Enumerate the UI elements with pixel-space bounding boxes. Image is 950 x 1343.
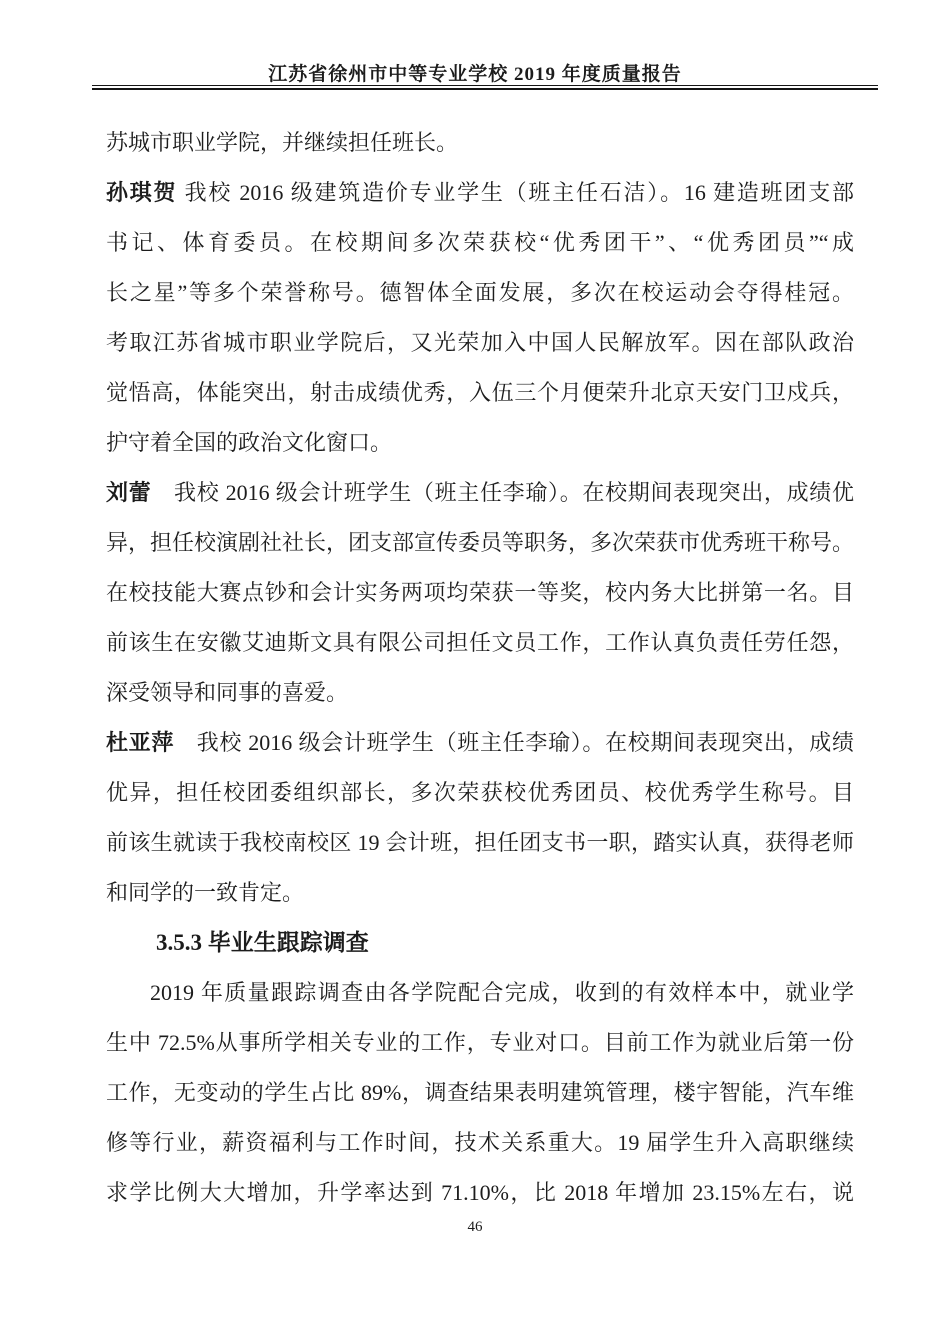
text-line: 求学比例大大增加，升学率达到 71.10%，比 2018 年增加 23.15%左… — [106, 1168, 854, 1218]
text-line: 前该生在安徽艾迪斯文具有限公司担任文员工作，工作认真负责任劳任怨， — [106, 618, 854, 668]
text-line: 2019 年质量跟踪调查由各学院配合完成，收到的有效样本中，就业学 — [106, 968, 854, 1018]
text-line: 深受领导和同事的喜爱。 — [106, 668, 854, 718]
text-line: 在校技能大赛点钞和会计实务两项均荣获一等奖，校内务大比拼第一名。目 — [106, 568, 854, 618]
text-line: 护守着全国的政治文化窗口。 — [106, 418, 854, 468]
student-name: 孙琪贺 — [106, 180, 177, 205]
text-line: 修等行业，薪资福利与工作时间，技术关系重大。19 届学生升入高职继续 — [106, 1118, 854, 1168]
text-line: 孙琪贺 我校 2016 级建筑造价专业学生（班主任石洁）。16 建造班团支部 — [106, 168, 854, 218]
text-line: 长之星”等多个荣誉称号。德智体全面发展，多次在校运动会夺得桂冠。 — [106, 268, 854, 318]
text-line: 生中 72.5%从事所学相关专业的工作，专业对口。目前工作为就业后第一份 — [106, 1018, 854, 1068]
header-rule — [92, 85, 878, 90]
text-line: 工作，无变动的学生占比 89%，调查结果表明建筑管理，楼宇智能，汽车维 — [106, 1068, 854, 1118]
document-body: 苏城市职业学院，并继续担任班长。孙琪贺 我校 2016 级建筑造价专业学生（班主… — [106, 118, 854, 1218]
document-page: 江苏省徐州市中等专业学校 2019 年度质量报告 苏城市职业学院，并继续担任班长… — [0, 0, 950, 1343]
student-name: 刘蕾 — [106, 480, 151, 505]
text-line: 杜亚萍 我校 2016 级会计班学生（班主任李瑜）。在校期间表现突出，成绩 — [106, 718, 854, 768]
page-number: 46 — [0, 1216, 950, 1238]
section-heading: 3.5.3 毕业生跟踪调查 — [106, 918, 854, 968]
text-line: 苏城市职业学院，并继续担任班长。 — [106, 118, 854, 168]
student-name: 杜亚萍 — [106, 730, 174, 755]
text-line: 书记、体育委员。在校期间多次荣获校“优秀团干”、“优秀团员”“成 — [106, 218, 854, 268]
text-line: 优异，担任校团委组织部长，多次荣获校优秀团员、校优秀学生称号。目 — [106, 768, 854, 818]
text-line: 考取江苏省城市职业学院后，又光荣加入中国人民解放军。因在部队政治 — [106, 318, 854, 368]
text-line: 前该生就读于我校南校区 19 会计班，担任团支书一职，踏实认真，获得老师 — [106, 818, 854, 868]
text-line: 觉悟高，体能突出，射击成绩优秀，入伍三个月便荣升北京天安门卫戍兵， — [106, 368, 854, 418]
text-line: 刘蕾 我校 2016 级会计班学生（班主任李瑜）。在校期间表现突出，成绩优 — [106, 468, 854, 518]
text-line: 和同学的一致肯定。 — [106, 868, 854, 918]
text-line: 异，担任校演剧社社长，团支部宣传委员等职务，多次荣获市优秀班干称号。 — [106, 518, 854, 568]
